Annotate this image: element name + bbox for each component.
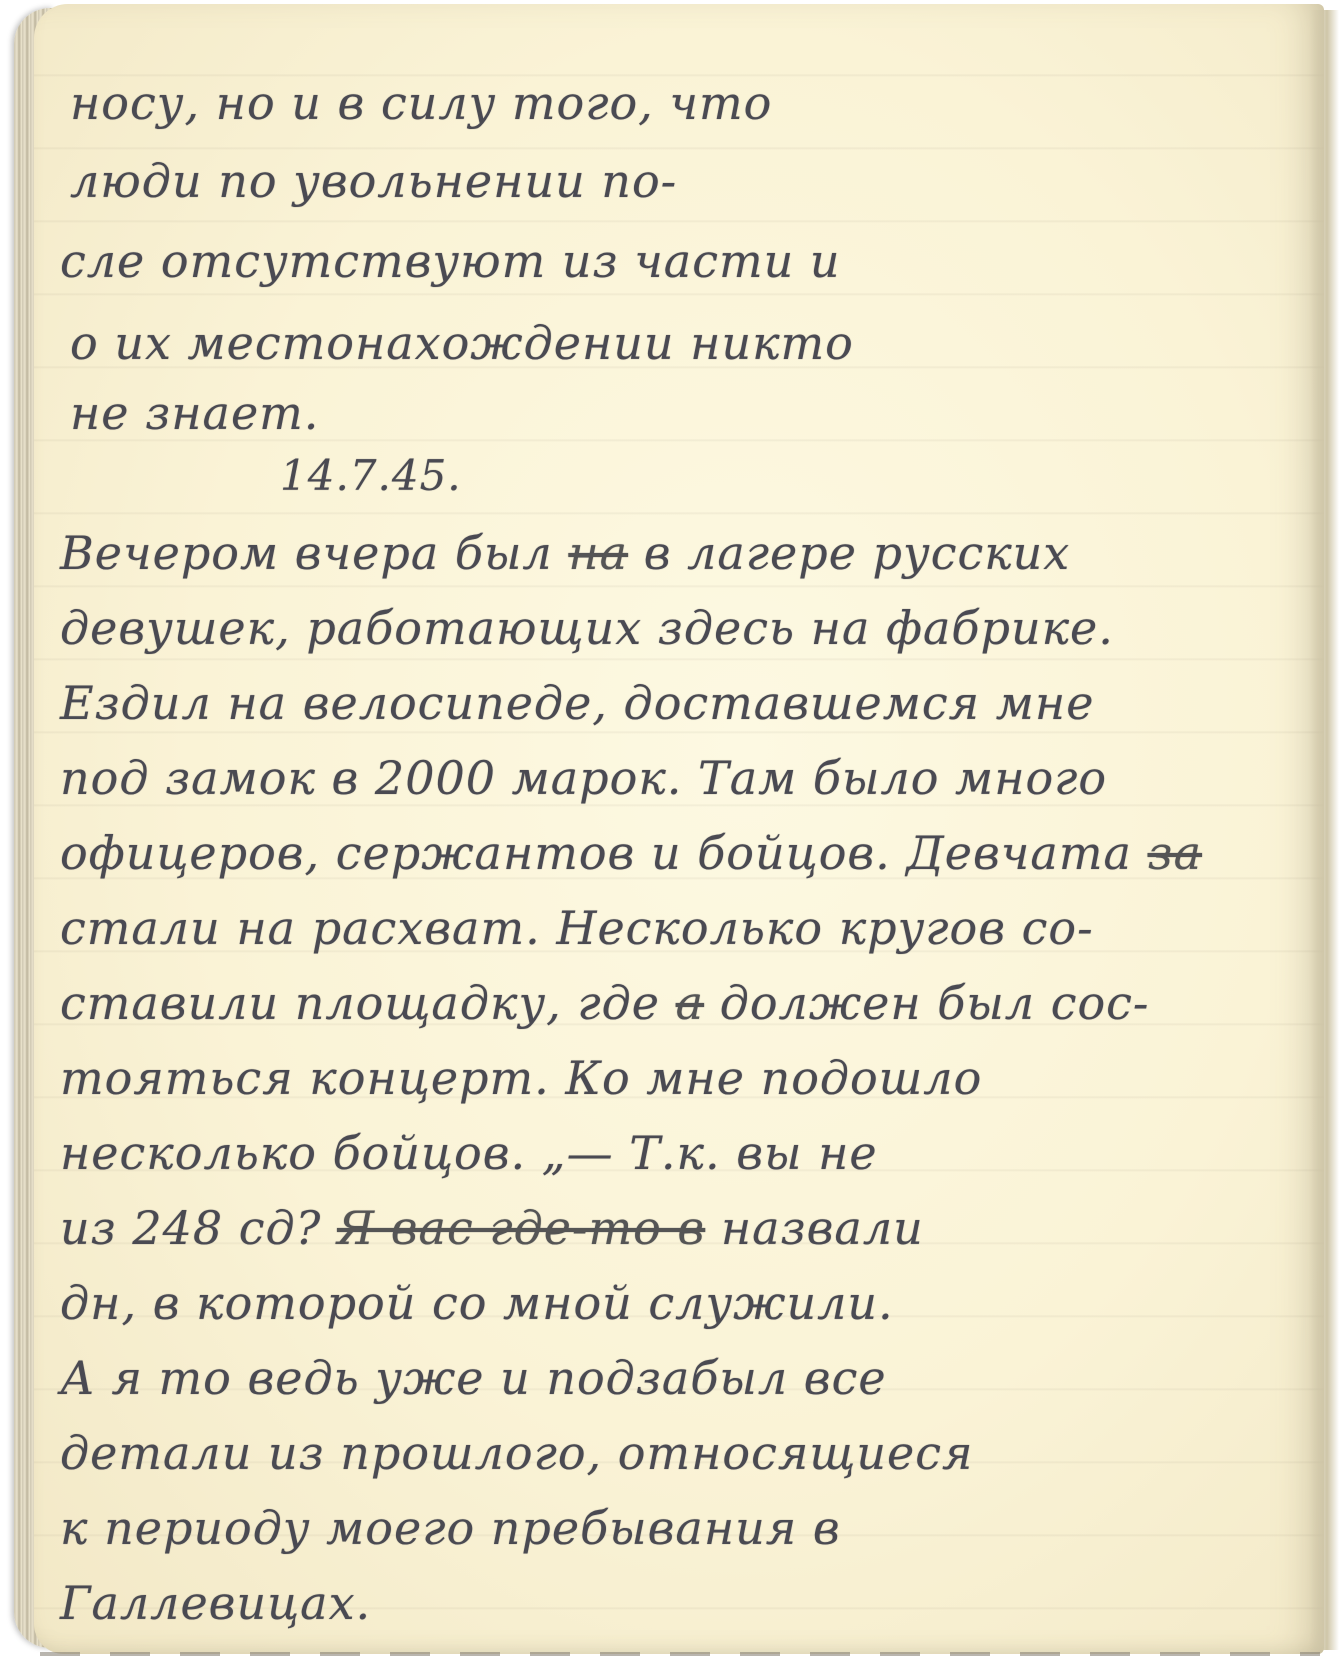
text-line: стали на расхват. Несколько кругов со- <box>60 905 1094 951</box>
text-line: тояться концерт. Ко мне подошло <box>60 1055 982 1101</box>
entry-date: 14.7.45. <box>280 455 462 497</box>
text-segment: Вечером вчера был <box>60 526 553 580</box>
page-right-edge <box>1309 10 1339 1650</box>
text-line: несколько бойцов. „— Т.к. вы не <box>60 1130 878 1176</box>
struck-out-word: на <box>568 526 628 580</box>
text-line: офицеров, сержантов и бойцов. Девчата за <box>60 830 1202 876</box>
text-line: А я то ведь уже и подзабыл все <box>60 1355 887 1401</box>
text-line: Ездил на велосипеде, доставшемся мне <box>60 680 1094 726</box>
text-line: носу, но и в силу того, что <box>70 80 772 126</box>
text-segment: офицеров, сержантов и бойцов. Девчата <box>60 826 1132 880</box>
text-line: девушек, работающих здесь на фабрике. <box>60 605 1114 651</box>
page-bottom-edge <box>40 1652 1320 1656</box>
text-segment: в лагере русских <box>644 526 1071 580</box>
text-line: Галлевицах. <box>60 1580 371 1626</box>
text-line: дн, в которой со мной служили. <box>60 1280 894 1326</box>
struck-out-word: а <box>676 976 704 1030</box>
text-line: люди по увольнении по- <box>70 158 677 204</box>
text-segment: ставили площадку, где <box>60 976 660 1030</box>
text-line: из 248 сд? Я вас где-то в назвали <box>60 1205 924 1251</box>
text-line: сле отсутствуют из части и <box>60 238 841 284</box>
scanned-diary-page: носу, но и в силу того, что люди по увол… <box>0 0 1339 1679</box>
text-line: Вечером вчера был на в лагере русских <box>60 530 1070 576</box>
text-line: под замок в 2000 марок. Там было много <box>60 755 1107 801</box>
text-line: о их местонахождении никто <box>70 320 854 366</box>
text-line: детали из прошлого, относящиеся <box>60 1430 973 1476</box>
text-line: не знает. <box>70 390 319 436</box>
text-segment: назвали <box>721 1201 924 1255</box>
text-line: ставили площадку, где а должен был сос- <box>60 980 1149 1026</box>
text-segment: из 248 сд? <box>60 1201 321 1255</box>
text-segment: должен был сос- <box>720 976 1150 1030</box>
text-line: к периоду моего пребывания в <box>60 1505 841 1551</box>
struck-out-word: за <box>1148 826 1203 880</box>
struck-out-phrase: Я вас где-то в <box>337 1201 705 1255</box>
